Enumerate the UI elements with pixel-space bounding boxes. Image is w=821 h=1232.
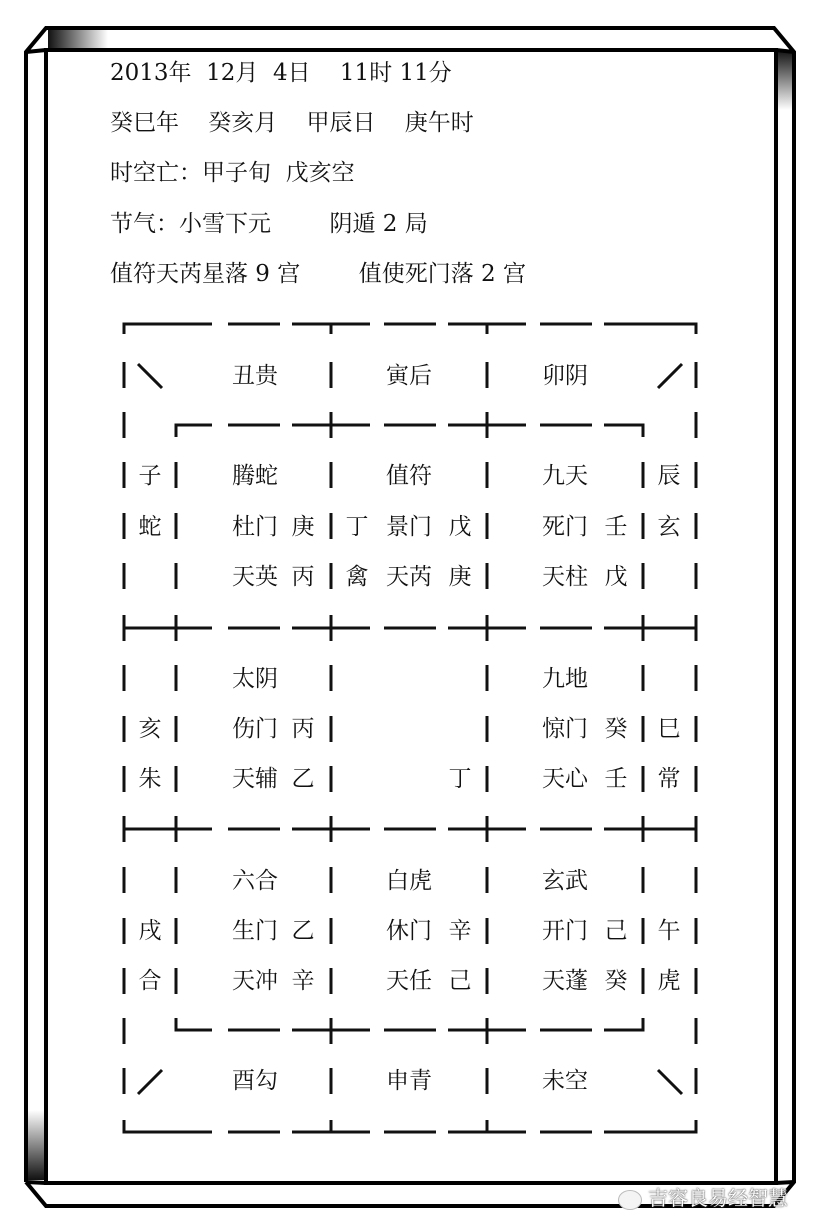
palace-3-god: 太阴 — [220, 664, 290, 694]
outer-right-wu: 午 — [654, 916, 684, 946]
palace-4-door: 杜门 — [220, 512, 290, 542]
palace-3-star: 天辅 — [220, 764, 290, 794]
palace-2-door-stem: 壬 — [601, 512, 631, 542]
palace-4-star-stem: 丙 — [288, 562, 318, 592]
palace-9-star-stem: 庚 — [445, 562, 475, 592]
palace-3-door: 伤门 — [220, 714, 290, 744]
palace-7-star: 天心 — [530, 764, 600, 794]
outer-bottom-wei: 未空 — [530, 1066, 600, 1096]
palace-9-star: 天芮 — [374, 562, 444, 592]
palace-6-door-stem: 己 — [601, 916, 631, 946]
palace-4-star: 天英 — [220, 562, 290, 592]
palace-6-star-stem: 癸 — [601, 966, 631, 996]
watermark-text: 吉容良易经智慧 — [648, 1186, 788, 1210]
outer-top-chou: 丑贵 — [220, 361, 290, 391]
outer-bottom-you: 酉勾 — [220, 1066, 290, 1096]
palace-6-star: 天蓬 — [530, 966, 600, 996]
palace-9-left-top: 丁 — [342, 512, 372, 542]
outer-left-hai: 亥 — [135, 714, 165, 744]
palace-3-star-stem: 乙 — [288, 764, 318, 794]
palace-1-star: 天任 — [374, 966, 444, 996]
qimen-grid-lines — [0, 0, 821, 1232]
palace-2-door: 死门 — [530, 512, 600, 542]
outer-left-xu: 戌 — [135, 916, 165, 946]
palace-9-door-stem: 戊 — [445, 512, 475, 542]
palace-8-star-stem: 辛 — [288, 966, 318, 996]
outer-bottom-shen: 申青 — [374, 1066, 444, 1096]
palace-2-god: 九天 — [530, 461, 600, 491]
outer-right-chen: 辰 — [654, 461, 684, 491]
outer-left-zhu: 朱 — [135, 764, 165, 794]
outer-left-she: 蛇 — [135, 512, 165, 542]
watermark: 吉容良易经智慧 — [618, 1182, 788, 1211]
palace-9-left-bottom: 禽 — [342, 562, 372, 592]
palace-8-star: 天冲 — [220, 966, 290, 996]
palace-1-star-stem: 己 — [445, 966, 475, 996]
palace-1-god: 白虎 — [374, 866, 444, 896]
outer-right-chang: 常 — [654, 764, 684, 794]
palace-1-door: 休门 — [374, 916, 444, 946]
palace-4-door-stem: 庚 — [288, 512, 318, 542]
palace-7-door: 惊门 — [530, 714, 600, 744]
outer-right-si: 巳 — [654, 714, 684, 744]
palace-9-god: 值符 — [374, 461, 444, 491]
outer-right-hu: 虎 — [654, 966, 684, 996]
palace-7-god: 九地 — [530, 664, 600, 694]
outer-top-yin: 寅后 — [374, 361, 444, 391]
palace-2-star-stem: 戊 — [601, 562, 631, 592]
palace-7-star-stem: 壬 — [601, 764, 631, 794]
outer-right-xuan: 玄 — [654, 512, 684, 542]
wechat-icon — [618, 1190, 642, 1210]
palace-8-door: 生门 — [220, 916, 290, 946]
palace-8-door-stem: 乙 — [288, 916, 318, 946]
palace-9-door: 景门 — [374, 512, 444, 542]
outer-left-he: 合 — [135, 966, 165, 996]
palace-2-star: 天柱 — [530, 562, 600, 592]
palace-7-door-stem: 癸 — [601, 714, 631, 744]
palace-8-god: 六合 — [220, 866, 290, 896]
palace-4-god: 腾蛇 — [220, 461, 290, 491]
outer-top-mao: 卯阴 — [530, 361, 600, 391]
palace-1-door-stem: 辛 — [445, 916, 475, 946]
outer-left-zi: 子 — [135, 461, 165, 491]
palace-6-door: 开门 — [530, 916, 600, 946]
palace-6-god: 玄武 — [530, 866, 600, 896]
palace-3-door-stem: 丙 — [288, 714, 318, 744]
palace-5-stem: 丁 — [445, 764, 475, 794]
